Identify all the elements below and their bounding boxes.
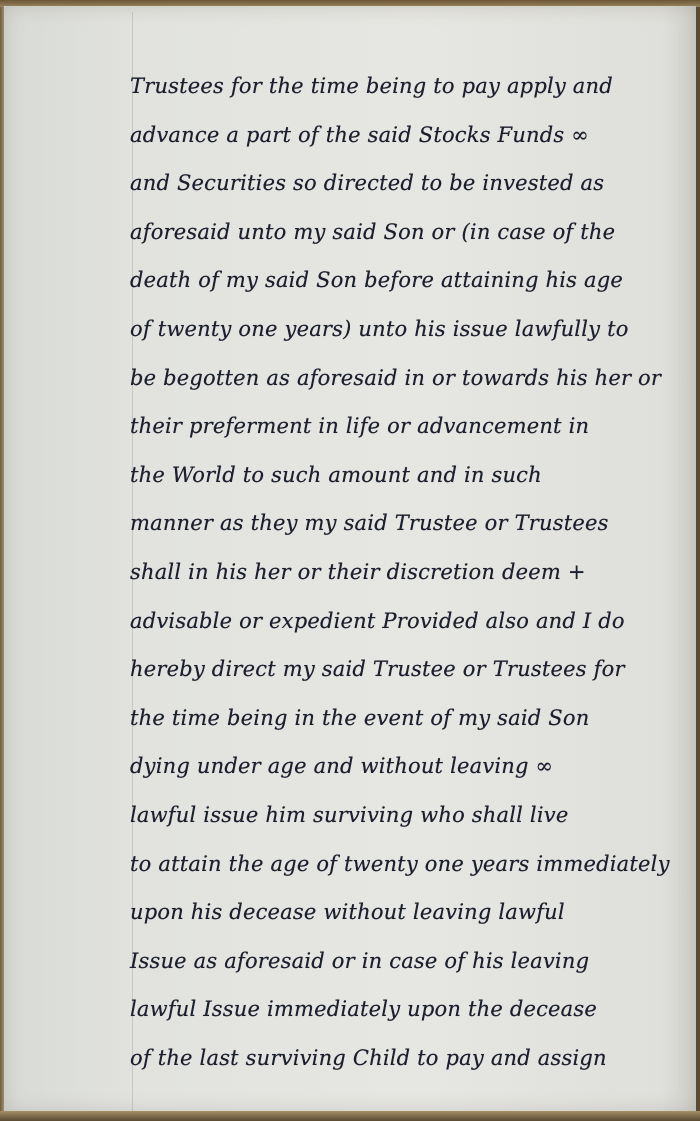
text-line: and Securities so directed to be investe… <box>130 159 690 208</box>
text-line: manner as they my said Trustee or Truste… <box>130 499 690 548</box>
text-line: the World to such amount and in such <box>130 451 690 500</box>
text-line: Trustees for the time being to pay apply… <box>130 62 690 111</box>
text-line: hereby direct my said Trustee or Trustee… <box>130 645 690 694</box>
text-line: dying under age and without leaving ∞ <box>130 742 690 791</box>
text-line: lawful Issue immediately upon the deceas… <box>130 985 690 1034</box>
text-line: of twenty one years) unto his issue lawf… <box>130 305 690 354</box>
handwritten-text-block: Trustees for the time being to pay apply… <box>130 62 690 1082</box>
text-line: their preferment in life or advancement … <box>130 402 690 451</box>
text-line: advance a part of the said Stocks Funds … <box>130 111 690 160</box>
text-line: Issue as aforesaid or in case of his lea… <box>130 937 690 986</box>
text-line: shall in his her or their discretion dee… <box>130 548 690 597</box>
page-bottom-edge <box>0 1111 700 1121</box>
text-line: be begotten as aforesaid in or towards h… <box>130 354 690 403</box>
text-line: upon his decease without leaving lawful <box>130 888 690 937</box>
text-line: the time being in the event of my said S… <box>130 694 690 743</box>
text-line: death of my said Son before attaining hi… <box>130 256 690 305</box>
text-line: lawful issue him surviving who shall liv… <box>130 791 690 840</box>
text-line: to attain the age of twenty one years im… <box>130 840 690 889</box>
text-line: of the last surviving Child to pay and a… <box>130 1034 690 1083</box>
text-line: aforesaid unto my said Son or (in case o… <box>130 208 690 257</box>
text-line: advisable or expedient Provided also and… <box>130 597 690 646</box>
